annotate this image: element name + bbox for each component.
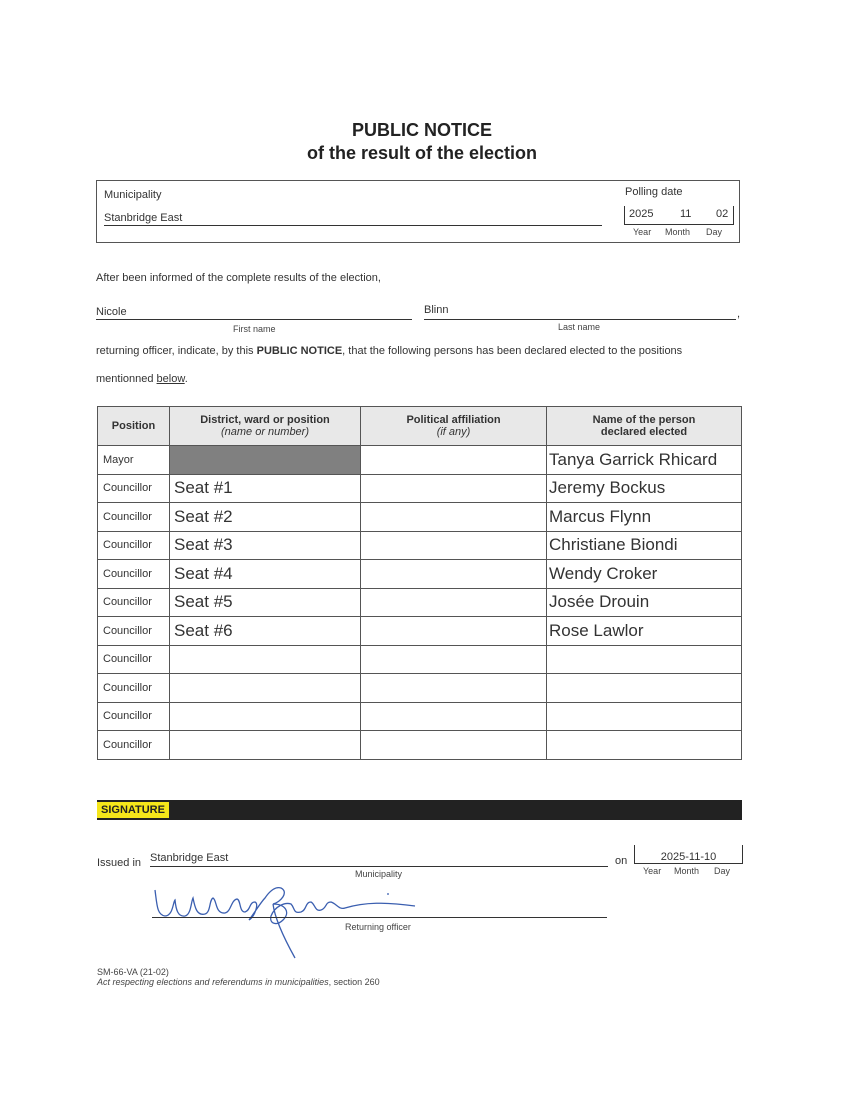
table-row: Councillor [98, 645, 742, 674]
position-cell: Councillor [98, 503, 170, 532]
district-cell[interactable]: Seat #3 [170, 531, 361, 560]
notice-body-line2: mentionned below. [96, 373, 188, 385]
elected-name-cell[interactable] [547, 674, 742, 703]
table-row: CouncillorSeat #4Wendy Croker [98, 560, 742, 589]
district-cell[interactable] [170, 446, 361, 475]
form-code: SM-66-VA (21-02) [97, 967, 169, 977]
table-row: MayorTanya Garrick Rhicard [98, 446, 742, 475]
issued-month-caption: Month [674, 866, 699, 876]
act-title: Act respecting elections and referendums… [97, 977, 329, 987]
year-caption: Year [633, 227, 651, 237]
intro-sentence: After been informed of the complete resu… [96, 272, 381, 284]
elected-name-cell[interactable]: Wendy Croker [547, 560, 742, 589]
comma: , [737, 308, 740, 320]
header-district-sub: (name or number) [170, 426, 360, 438]
elected-name-cell[interactable]: Christiane Biondi [547, 531, 742, 560]
position-cell: Councillor [98, 702, 170, 731]
header-affiliation: Political affiliation(if any) [361, 407, 547, 446]
table-header-row: Position District, ward or position(name… [98, 407, 742, 446]
issued-year-caption: Year [643, 866, 661, 876]
handwritten-signature [145, 880, 445, 960]
issued-in-field[interactable]: Stanbridge East [150, 852, 608, 867]
header-affiliation-label: Political affiliation [406, 414, 500, 426]
elected-name-cell[interactable]: Josée Drouin [547, 588, 742, 617]
act-reference: Act respecting elections and referendums… [97, 977, 380, 987]
header-district: District, ward or position(name or numbe… [170, 407, 361, 446]
position-cell: Councillor [98, 674, 170, 703]
day-caption: Day [706, 227, 722, 237]
elected-name-cell[interactable]: Jeremy Bockus [547, 474, 742, 503]
polling-date-year: 2025 [629, 208, 653, 220]
affiliation-cell[interactable] [361, 731, 547, 760]
body-period: . [185, 373, 188, 385]
elected-name-cell[interactable] [547, 702, 742, 731]
district-cell[interactable]: Seat #5 [170, 588, 361, 617]
table-row: Councillor [98, 702, 742, 731]
table-body: MayorTanya Garrick RhicardCouncillorSeat… [98, 446, 742, 760]
elected-name-cell[interactable]: Marcus Flynn [547, 503, 742, 532]
last-name-field[interactable]: Blinn [424, 304, 736, 320]
table-row: CouncillorSeat #5Josée Drouin [98, 588, 742, 617]
position-cell: Councillor [98, 560, 170, 589]
polling-date-field[interactable]: 2025 11 02 [624, 206, 734, 225]
elected-name-cell[interactable] [547, 731, 742, 760]
polling-date-month: 11 [680, 208, 691, 220]
body-line2-text: mentionned [96, 373, 157, 385]
table-row: CouncillorSeat #2Marcus Flynn [98, 503, 742, 532]
affiliation-cell[interactable] [361, 560, 547, 589]
affiliation-cell[interactable] [361, 503, 547, 532]
table-row: CouncillorSeat #3Christiane Biondi [98, 531, 742, 560]
body-underlined: below [157, 373, 185, 385]
affiliation-cell[interactable] [361, 531, 547, 560]
position-cell: Councillor [98, 588, 170, 617]
issued-municipality-caption: Municipality [355, 869, 402, 879]
elected-name-cell[interactable]: Rose Lawlor [547, 617, 742, 646]
header-name-line1: Name of the person [593, 414, 696, 426]
header-name: Name of the persondeclared elected [547, 407, 742, 446]
affiliation-cell[interactable] [361, 645, 547, 674]
district-cell[interactable] [170, 645, 361, 674]
returning-officer-line[interactable] [152, 917, 607, 918]
body-text: returning officer, indicate, by this [96, 345, 257, 357]
first-name-field[interactable]: Nicole [96, 306, 412, 320]
returning-officer-caption: Returning officer [345, 922, 411, 932]
body-bold: PUBLIC NOTICE [257, 345, 343, 357]
table-row: CouncillorSeat #1Jeremy Bockus [98, 474, 742, 503]
district-cell[interactable]: Seat #6 [170, 617, 361, 646]
district-cell[interactable] [170, 674, 361, 703]
district-cell[interactable]: Seat #2 [170, 503, 361, 532]
district-cell[interactable]: Seat #1 [170, 474, 361, 503]
act-section: , section 260 [329, 977, 380, 987]
on-label: on [615, 855, 627, 867]
header-affiliation-sub: (if any) [361, 426, 546, 438]
body-text-cont: , that the following persons has been de… [342, 345, 682, 357]
position-cell: Councillor [98, 645, 170, 674]
affiliation-cell[interactable] [361, 617, 547, 646]
table-row: Councillor [98, 731, 742, 760]
polling-date-label: Polling date [625, 186, 683, 198]
header-position: Position [98, 407, 170, 446]
issued-date-value: 2025-11-10 [661, 851, 716, 863]
results-table: Position District, ward or position(name… [97, 406, 742, 760]
municipality-field[interactable]: Stanbridge East [104, 212, 602, 226]
issued-day-caption: Day [714, 866, 730, 876]
last-name-caption: Last name [558, 322, 600, 332]
issued-date-field[interactable]: 2025-11-10 [634, 845, 743, 864]
district-cell[interactable]: Seat #4 [170, 560, 361, 589]
affiliation-cell[interactable] [361, 474, 547, 503]
position-cell: Councillor [98, 531, 170, 560]
affiliation-cell[interactable] [361, 674, 547, 703]
polling-date-day: 02 [716, 208, 728, 220]
position-cell: Mayor [98, 446, 170, 475]
signature-section-bar [97, 800, 742, 820]
position-cell: Councillor [98, 617, 170, 646]
header-district-label: District, ward or position [200, 414, 330, 426]
month-caption: Month [665, 227, 690, 237]
page-subtitle: of the result of the election [0, 143, 844, 164]
signature-section-label: SIGNATURE [97, 802, 169, 818]
district-cell[interactable] [170, 702, 361, 731]
position-cell: Councillor [98, 731, 170, 760]
district-cell[interactable] [170, 731, 361, 760]
issued-in-label: Issued in [97, 857, 141, 869]
municipality-label: Municipality [104, 189, 161, 201]
affiliation-cell[interactable] [361, 702, 547, 731]
elected-name-cell[interactable]: Tanya Garrick Rhicard [547, 446, 742, 475]
affiliation-cell[interactable] [361, 446, 547, 475]
header-name-line2: declared elected [601, 426, 687, 438]
table-row: Councillor [98, 674, 742, 703]
elected-name-cell[interactable] [547, 645, 742, 674]
table-row: CouncillorSeat #6Rose Lawlor [98, 617, 742, 646]
first-name-caption: First name [233, 324, 276, 334]
notice-body: returning officer, indicate, by this PUB… [96, 345, 682, 357]
affiliation-cell[interactable] [361, 588, 547, 617]
position-cell: Councillor [98, 474, 170, 503]
page-title: PUBLIC NOTICE [0, 120, 844, 141]
